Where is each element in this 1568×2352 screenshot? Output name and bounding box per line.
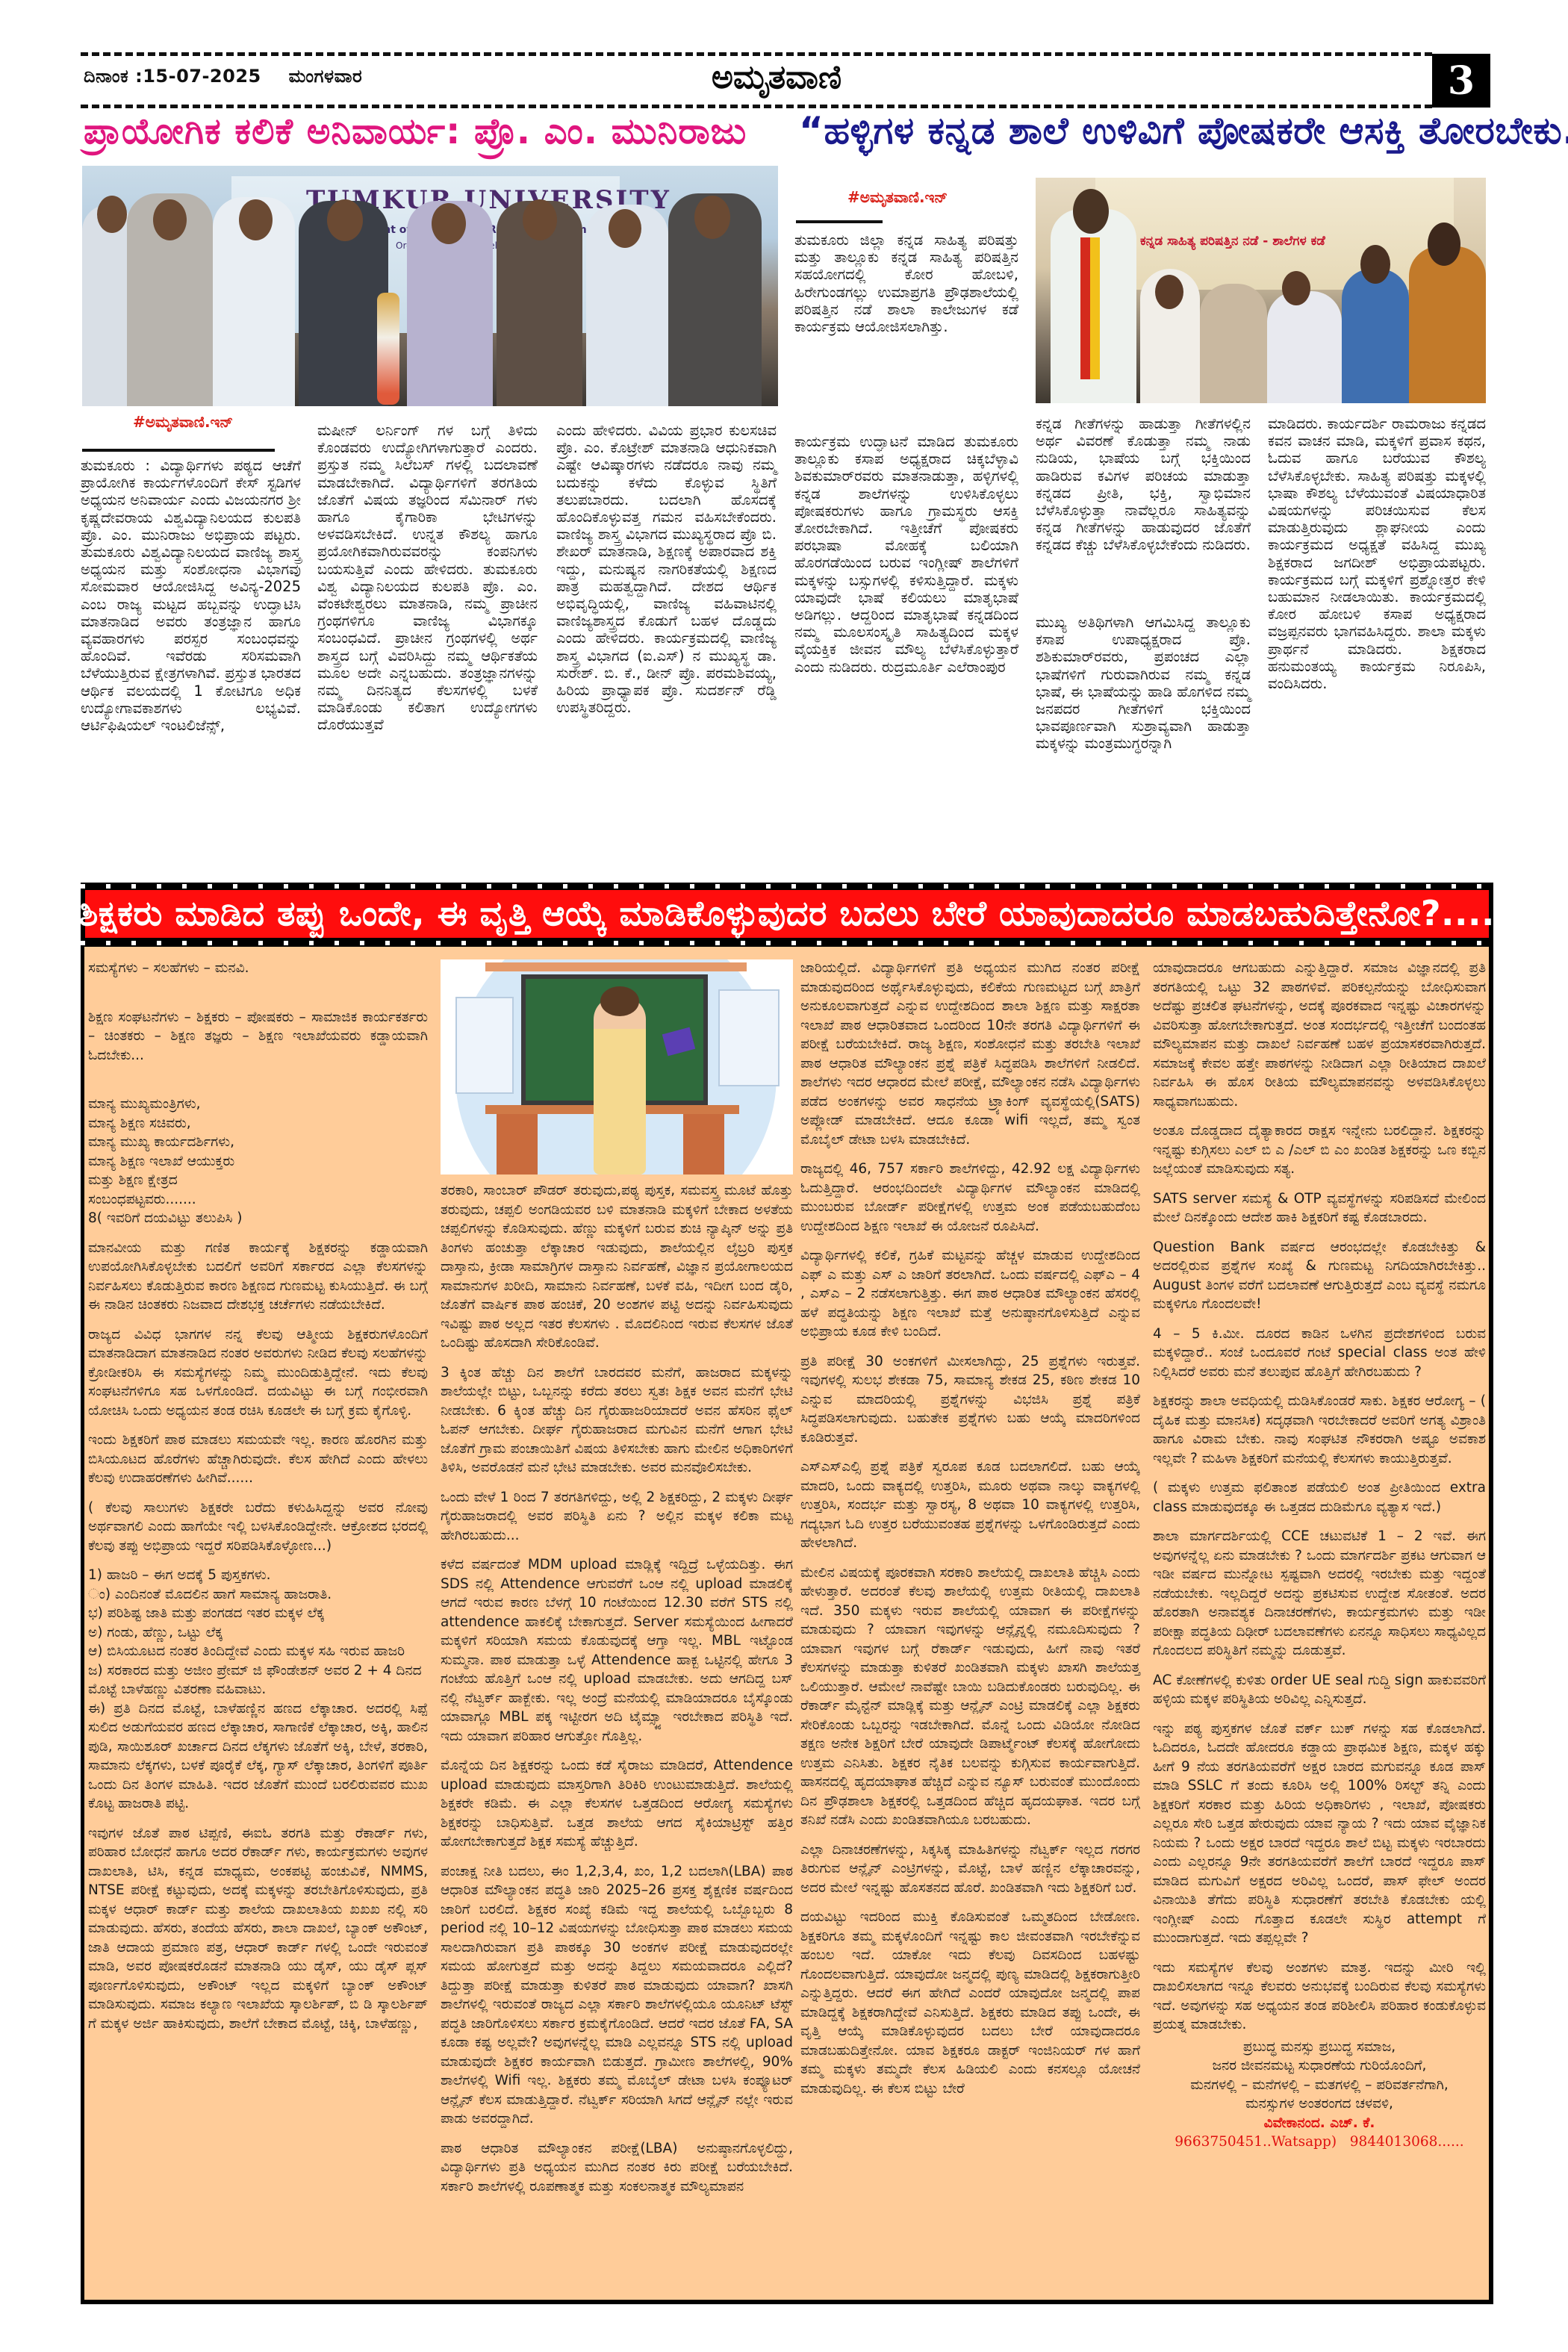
- author-contact: 9663750451..Watsapp) 9844013068......: [1153, 2132, 1486, 2152]
- paragraph: ಶಿಕ್ಷಕರನ್ನು ಶಾಲಾ ಅವಧಿಯಲ್ಲಿ ದುಡಿಸಿಕೊಂಡರೆ …: [1153, 1392, 1486, 1468]
- paragraph: 4 – 5 ಕಿ.ಮೀ. ದೂರದ ಕಾಡಿನ ಒಳಗಿನ ಪ್ರದೇಶಗಳಿಂ…: [1153, 1325, 1486, 1382]
- article-right-intro: ತುಮಕೂರು ಜಿಲ್ಲಾ ಕನ್ನಡ ಸಾಹಿತ್ಯ ಪರಿಷತ್ತು ಮತ…: [794, 231, 1018, 335]
- page-number-badge: 3: [1432, 54, 1490, 108]
- addressee: ಮಾನ್ಯ ಶಿಕ್ಷಣ ಇಲಾಖೆ ಆಯುಕ್ತರು: [88, 1152, 428, 1172]
- paragraph: ಮೊನ್ನೆಯ ದಿನ ಶಿಕ್ಷಕರನ್ನು ಒಂದು ಕಡೆ ಸೈರಾಜು …: [441, 1756, 793, 1852]
- paragraph: ಇಂದು ಶಿಕ್ಷಕರಿಗೆ ಪಾಠ ಮಾಡಲು ಸಮಯವೇ ಇಲ್ಲ. ಕಾ…: [88, 1431, 428, 1488]
- paragraph: SATS server ಸಮಸ್ಯೆ & OTP ವ್ಯವಸ್ಥೆಗಳನ್ನು …: [1153, 1189, 1486, 1228]
- wall-poster-left: [455, 997, 514, 1094]
- list-item: ಅ) ಗಂಡು, ಹೆಣ್ಣು, ಒಟ್ಟು ಲೆಕ್ಕ: [88, 1623, 428, 1643]
- article-right-photo: ಕನ್ನಡ ಸಾಹಿತ್ಯ ಪರಿಷತ್ತಿನ ನಡೆ - ಶಾಲೆಗಳ ಕಡೆ: [1036, 178, 1486, 403]
- person-figure: [1342, 269, 1409, 403]
- paragraph: ವಿದ್ಯಾರ್ಥಿಗಳಲ್ಲಿ ಕಲಿಕೆ, ಗ್ರಹಿಕೆ ಮಟ್ಟವನ್ನ…: [800, 1246, 1140, 1342]
- paragraph: ( ಕೆಲವು ಸಾಲುಗಳು ಶಿಕ್ಷಕರೇ ಬರೆದು ಕಳುಹಿಸಿದ್…: [88, 1499, 428, 1556]
- hashtag-underline: [82, 449, 275, 452]
- paragraph: ಜಾರಿಯಲ್ಲಿದೆ. ವಿದ್ಯಾರ್ಥಿಗಳಿಗೆ ಪ್ರತಿ ಅಧ್ಯಯ…: [800, 959, 1140, 1149]
- paragraph: ಇವುಗಳ ಜೊತೆ ಪಾಠ ಟಿಪ್ಪಣಿ, ಈಐಓ ತರಗತಿ ಮತ್ತು …: [88, 1824, 428, 2034]
- paragraph: ಒಂದು ವೇಳೆ 1 ರಿಂದ 7 ತರಗತಿಗಳಿದ್ದು, ಅಲ್ಲಿ 2…: [441, 1488, 793, 1546]
- newspaper-title: ಅಮೃತವಾಣಿ: [657, 58, 896, 96]
- paragraph: ಮೇಲಿನ ವಿಷಯಕ್ಕೆ ಪೂರಕವಾಗಿ ಸರಕಾರಿ ಶಾಲೆಯಲ್ಲಿ…: [800, 1564, 1140, 1830]
- list-item: ಜ) ಸರಕಾರದ ಮತ್ತು ಅಜೀಂ ಪ್ರೇಮ್ ಜಿ ಫೌಂಡೇಶನ್ …: [88, 1661, 428, 1699]
- wall-poster-right: [718, 989, 780, 1086]
- paragraph: ಪಂಚಾಕ್ಷ ನೀತಿ ಬದಲು, ಈಂ 1,2,3,4, ಖಂ, 1,2 ಬ…: [441, 1862, 793, 2129]
- article-left-column-3: ಎಂದು ಹೇಳಿದರು. ವಿವಿಯ ಪ್ರಭಾರ ಕುಲಸಚಿವ ಪ್ರೊ.…: [556, 422, 777, 716]
- head: [432, 203, 466, 244]
- list-item: 1) ಹಾಜರಿ – ಈಗ ಅದಕ್ಕೆ 5 ಪುಸ್ತಕಗಳು.: [88, 1566, 428, 1585]
- duty-list: 1) ಹಾಜರಿ – ಈಗ ಅದಕ್ಕೆ 5 ಪುಸ್ತಕಗಳು. ಂ) ಎಂದ…: [88, 1566, 428, 1814]
- author-name: ವಿವೇಕಾನಂದ. ಎಚ್. ಕೆ.: [1153, 2114, 1486, 2133]
- feature-audience: ಶಿಕ್ಷಣ ಸಂಘಟನೆಗಳು – ಶಿಕ್ಷಕರು – ಪೋಷಕರು – ಸ…: [88, 1008, 428, 1065]
- paragraph: ರಾಜ್ಯದಲ್ಲಿ 46, 757 ಸರ್ಕಾರಿ ಶಾಲೆಗಳಿದ್ದು, …: [800, 1160, 1140, 1236]
- oil-lamp: [377, 293, 399, 405]
- paragraph: ಪಾಠ ಆಧಾರಿತ ಮೌಲ್ಯಾಂಕನ ಪರೀಕ್ಷೆ(LBA) ಅನುಷ್ಠ…: [441, 2139, 793, 2197]
- feature-banner: ಶಿಕ್ಷಕರು ಮಾಡಿದ ತಪ್ಪು ಒಂದೇ, ಈ ವೃತ್ತಿ ಆಯ್ಕ…: [81, 883, 1493, 947]
- head: [609, 209, 641, 248]
- article-right-column-2a: ಕನ್ನಡ ಗೀತೆಗಳನ್ನು ಹಾಡುತ್ತಾ ಗೀತೆಗಳಲ್ಲಿನ ಅರ…: [1036, 415, 1251, 554]
- head: [1073, 189, 1109, 234]
- date-label: ದಿನಾಂಕ :15-07-2025: [84, 66, 261, 87]
- person-figure: [1200, 284, 1267, 403]
- person-figure: [1409, 246, 1486, 403]
- bookshelf: [485, 962, 747, 971]
- article-left-column-2: ಮಷೀನ್ ಲರ್ನಿಂಗ್ ಗಳ ಬಗ್ಗೆ ತಿಳಿದು ಕೊಂಡವರು ಉ…: [317, 422, 538, 734]
- list-item: ಂ) ಎಂದಿನಂತೆ ಮೊದಲಿನ ಹಾಗೆ ಸಾಮಾನ್ಯ ಹಾಜರಾತಿ.: [88, 1585, 428, 1605]
- addressee: 8( ಇವರಿಗೆ ದಯವಿಟ್ಟು ತಲುಪಿಸಿ ): [88, 1209, 428, 1228]
- paragraph: ಇನ್ನು ಪಠ್ಯ ಪುಸ್ತಕಗಳ ಜೊತೆ ವರ್ಕ್ ಬುಕ್ ಗಳನ್…: [1153, 1720, 1486, 1948]
- feature-column-1: ಸಮಸ್ಯೆಗಳು – ಸಲಹೆಗಳು – ಮನವಿ. ಶಿಕ್ಷಣ ಸಂಘಟನ…: [88, 959, 428, 2044]
- feature-column-2: ತರಕಾರಿ, ಸಾಂಬಾರ್ ಪೌಡರ್ ತರುವುದು,ಪಠ್ಯ ಪುಸ್ತ…: [441, 1181, 793, 2206]
- feature-column-4: ಯಾವುದಾದರೂ ಆಗಬಹುದು ಎನ್ನುತ್ತಿದ್ದಾರೆ. ಸಮಾಜ …: [1153, 959, 1486, 2152]
- paragraph: ಇದು ಸಮಸ್ಯೆಗಳ ಕೆಲವು ಅಂಶಗಳು ಮಾತ್ರ. ಇದನ್ನು …: [1153, 1959, 1486, 2035]
- article-left-headline: ಪ್ರಾಯೋಗಿಕ ಕಲಿಕೆ ಅನಿವಾರ್ಯ: ಪ್ರೊ. ಎಂ. ಮುನಿ…: [84, 111, 778, 153]
- list-item: ಆ) ಬಿಸಿಯೂಟದ ನಂತರ ತಿಂದಿದ್ದೇವೆ ಎಂದು ಮಕ್ಕಳ …: [88, 1642, 428, 1661]
- addressee: ಮಾನ್ಯ ಮುಖ್ಯಮಂತ್ರಿಗಳು,: [88, 1095, 428, 1114]
- addressee-list: ಮಾನ್ಯ ಮುಖ್ಯಮಂತ್ರಿಗಳು, ಮಾನ್ಯ ಶಿಕ್ಷಣ ಸಚಿವರ…: [88, 1095, 428, 1228]
- paragraph: ಕಳೆದ ವರ್ಷದಂತೆ MDM upload ಮಾಡ್ಲಿಕ್ಕೆ ಇದ್ದ…: [441, 1555, 793, 1746]
- head: [1155, 275, 1183, 309]
- signature-line: ಮನಗಳಲ್ಲಿ – ಮನೆಗಳಲ್ಲಿ – ಮತಗಳಲ್ಲಿ – ಪರಿವರ್…: [1153, 2076, 1486, 2095]
- hashtag-underline: [796, 220, 883, 223]
- list-item: ಭ) ಪರಿಶಿಷ್ಟ ಜಾತಿ ಮತ್ತು ಪಂಗಡದ ಇತರ ಮಕ್ಕಳ ಲ…: [88, 1604, 428, 1623]
- article-left-hashtag: #ಅಮೃತವಾಣಿ.ಇನ್: [133, 413, 233, 431]
- head: [1282, 271, 1310, 305]
- article-right-column-2b: ಮುಖ್ಯ ಅತಿಥಿಗಳಾಗಿ ಆಗಮಿಸಿದ್ದ ತಾಲ್ಲೂಕು ಕಸಾಪ…: [1036, 614, 1251, 753]
- head: [97, 196, 127, 233]
- desk-drawer-left: [497, 1114, 538, 1175]
- phone-secondary: 9844013068......: [1350, 2134, 1464, 2150]
- person-figure: [1267, 291, 1342, 403]
- film-strip-top: [81, 884, 1493, 889]
- head: [1428, 223, 1460, 266]
- addressee: ಮತ್ತು ಶಿಕ್ಷಣ ಕ್ಷೇತ್ರದ: [88, 1171, 428, 1190]
- paragraph: 3 ಕ್ಕಿಂತ ಹೆಚ್ಚು ದಿನ ಶಾಲೆಗೆ ಬಾರದವರ ಮನೆಗೆ,…: [441, 1363, 793, 1478]
- teacher-illustration: [441, 959, 793, 1175]
- article-right-hashtag: #ಅಮೃತವಾಣಿ.ಇನ್: [847, 188, 948, 206]
- paragraph: ದಯವಿಟ್ಟು ಇದರಿಂದ ಮುಕ್ತಿ ಕೊಡಿಸುವಂತೆ ಒಮ್ಮತದ…: [800, 1908, 1140, 2098]
- feature-banner-inner: ಶಿಕ್ಷಕರು ಮಾಡಿದ ತಪ್ಪು ಒಂದೇ, ಈ ವೃತ್ತಿ ಆಯ್ಕ…: [85, 890, 1489, 938]
- paragraph: ಅಂತೂ ದೊಡ್ಡದಾದ ದೈತ್ಯಾಕಾರದ ರಾಕ್ಷಸ ಇನ್ನೇನು …: [1153, 1121, 1486, 1179]
- article-right-column-1: ಕಾರ್ಯಕ್ರಮ ಉದ್ಘಾಟನೆ ಮಾಡಿದ ತುಮಕೂರು ತಾಲ್ಲೂಕ…: [794, 433, 1018, 676]
- addressee: ಸಂಬಂಧಪಟ್ಟವರು.......: [88, 1190, 428, 1210]
- list-item: ಈ) ಪ್ರತಿ ದಿನದ ಮೊಟ್ಟೆ, ಬಾಳೆಹಣ್ಣಿನ ಹಣದ ಲೆಕ…: [88, 1699, 428, 1814]
- addressee: ಮಾನ್ಯ ಮುಖ್ಯ ಕಾರ್ಯದರ್ಶಿಗಳು,: [88, 1133, 428, 1152]
- scarf: [1080, 237, 1100, 379]
- head: [327, 199, 363, 241]
- paragraph: ಯಾವುದಾದರೂ ಆಗಬಹುದು ಎನ್ನುತ್ತಿದ್ದಾರೆ. ಸಮಾಜ …: [1153, 959, 1486, 1111]
- author-signature: ಪ್ರಬುದ್ಧ ಮನಸ್ಸು ಪ್ರಬುದ್ಧ ಸಮಾಜ, ಜನರ ಜೀವನಮ…: [1153, 2038, 1486, 2152]
- feature-headline: ಶಿಕ್ಷಕರು ಮಾಡಿದ ತಪ್ಪು ಒಂದೇ, ಈ ವೃತ್ತಿ ಆಯ್ಕ…: [79, 893, 1495, 935]
- masthead-date: ದಿನಾಂಕ :15-07-2025 ಮಂಗಳವಾರ: [84, 66, 383, 87]
- addressee: ಮಾನ್ಯ ಶಿಕ್ಷಣ ಸಚಿವರು,: [88, 1114, 428, 1133]
- head: [694, 196, 730, 239]
- feature-subtitle: ಸಮಸ್ಯೆಗಳು – ಸಲಹೆಗಳು – ಮನವಿ.: [88, 959, 428, 978]
- paragraph: AC ಕೋಣೆಗಳಲ್ಲಿ ಕುಳಿತು order UE seal ಗುದ್ದ…: [1153, 1671, 1486, 1709]
- article-right-headline: “ಹಳ್ಳಿಗಳ ಕನ್ನಡ ಶಾಲೆ ಉಳಿವಿಗೆ ಪೋಷಕರೇ ಆಸಕ್ತ…: [799, 109, 1490, 153]
- photo-banner-text: ಕನ್ನಡ ಸಾಹಿತ್ಯ ಪರಿಷತ್ತಿನ ನಡೆ - ಶಾಲೆಗಳ ಕಡೆ: [1140, 234, 1325, 249]
- teacher-figure: [594, 997, 646, 1175]
- desk-drawer-right: [683, 1114, 724, 1175]
- paragraph: ಪ್ರತಿ ಪರೀಕ್ಷೆ 30 ಅಂಕಗಳಿಗೆ ಮೀಸಲಾಗಿದ್ದು, 2…: [800, 1352, 1140, 1448]
- paragraph: ಎಸ್ಎಸ್ಎಲ್ಸಿ ಪ್ರಶ್ನೆ ಪತ್ರಿಕೆ ಸ್ವರೂಪ ಕೂಡ ಬ…: [800, 1457, 1140, 1553]
- feature-column-3: ಜಾರಿಯಲ್ಲಿದೆ. ವಿದ್ಯಾರ್ಥಿಗಳಿಗೆ ಪ್ರತಿ ಅಧ್ಯಯ…: [800, 959, 1140, 2109]
- paragraph: ಮಾನವೀಯ ಮತ್ತು ಗಣಿತ ಕಾರ್ಯಕ್ಕೆ ಶಿಕ್ಷಕರನ್ನು …: [88, 1239, 428, 1315]
- article-left-column-1: ತುಮಕೂರು : ವಿದ್ಯಾರ್ಥಿಗಳು ಪಠ್ಯದ ಆಚೆಗೆ ಪ್ರಾ…: [81, 457, 301, 734]
- paragraph: Question Bank ವರ್ಷದ ಆರಂಭದಲ್ಲೇ ಕೊಡಬೇಕಿತ್ತ…: [1153, 1238, 1486, 1314]
- signature-line: ಮನಸ್ಸುಗಳ ಅಂತರಂಗದ ಚಳವಳಿ,: [1153, 2094, 1486, 2114]
- article-right-column-3: ಮಾಡಿದರು. ಕಾರ್ಯದರ್ಶಿ ರಾಮರಾಜು ಕನ್ನಡದ ಕವನ ವ…: [1268, 415, 1486, 692]
- paragraph: ಎಲ್ಲಾ ದಿನಾಚರಣೆಗಳನ್ನು, ಸಿಕ್ಕಸಿಕ್ಕ ಮಾಹಿತಿಗ…: [800, 1841, 1140, 1898]
- masthead-top-rule: [81, 52, 1432, 56]
- head: [153, 199, 187, 240]
- paragraph: ರಾಜ್ಯದ ವಿವಿಧ ಭಾಗಗಳ ನನ್ನ ಕೆಲವು ಆತ್ಮೀಯ ಶಿಕ…: [88, 1325, 428, 1421]
- weekday-label: ಮಂಗಳವಾರ: [289, 66, 363, 87]
- paragraph: ( ಮಕ್ಕಳು ಉತ್ತಮ ಫಲಿತಾಂಶ ಪಡೆಯಲಿ ಅಂತ ಪ್ರೀತಿ…: [1153, 1478, 1486, 1516]
- masthead-bottom-rule: [81, 105, 1432, 108]
- signature-line: ಜನರ ಜೀವನಮಟ್ಟ ಸುಧಾರಣೆಯ ಗುರಿಯೊಂದಿಗೆ,: [1153, 2056, 1486, 2076]
- article-left-photo: TUMKUR UNIVERSITY Department of Studies …: [82, 166, 778, 406]
- head: [239, 199, 273, 240]
- phone-whatsapp: 9663750451..Watsapp): [1175, 2134, 1337, 2150]
- head: [523, 199, 557, 240]
- paragraph: ತರಕಾರಿ, ಸಾಂಬಾರ್ ಪೌಡರ್ ತರುವುದು,ಪಠ್ಯ ಪುಸ್ತ…: [441, 1181, 793, 1353]
- paragraph: ಶಾಲಾ ಮಾರ್ಗದರ್ಶಿಯಲ್ಲಿ CCE ಚಟುವಟಿಕೆ 1 – 2 …: [1153, 1527, 1486, 1661]
- head: [1360, 245, 1390, 284]
- film-strip-bottom: [81, 941, 1493, 945]
- teacher-hair: [600, 986, 639, 1016]
- signature-line: ಪ್ರಬುದ್ಧ ಮನಸ್ಸು ಪ್ರಬುದ್ಧ ಸಮಾಜ,: [1153, 2038, 1486, 2057]
